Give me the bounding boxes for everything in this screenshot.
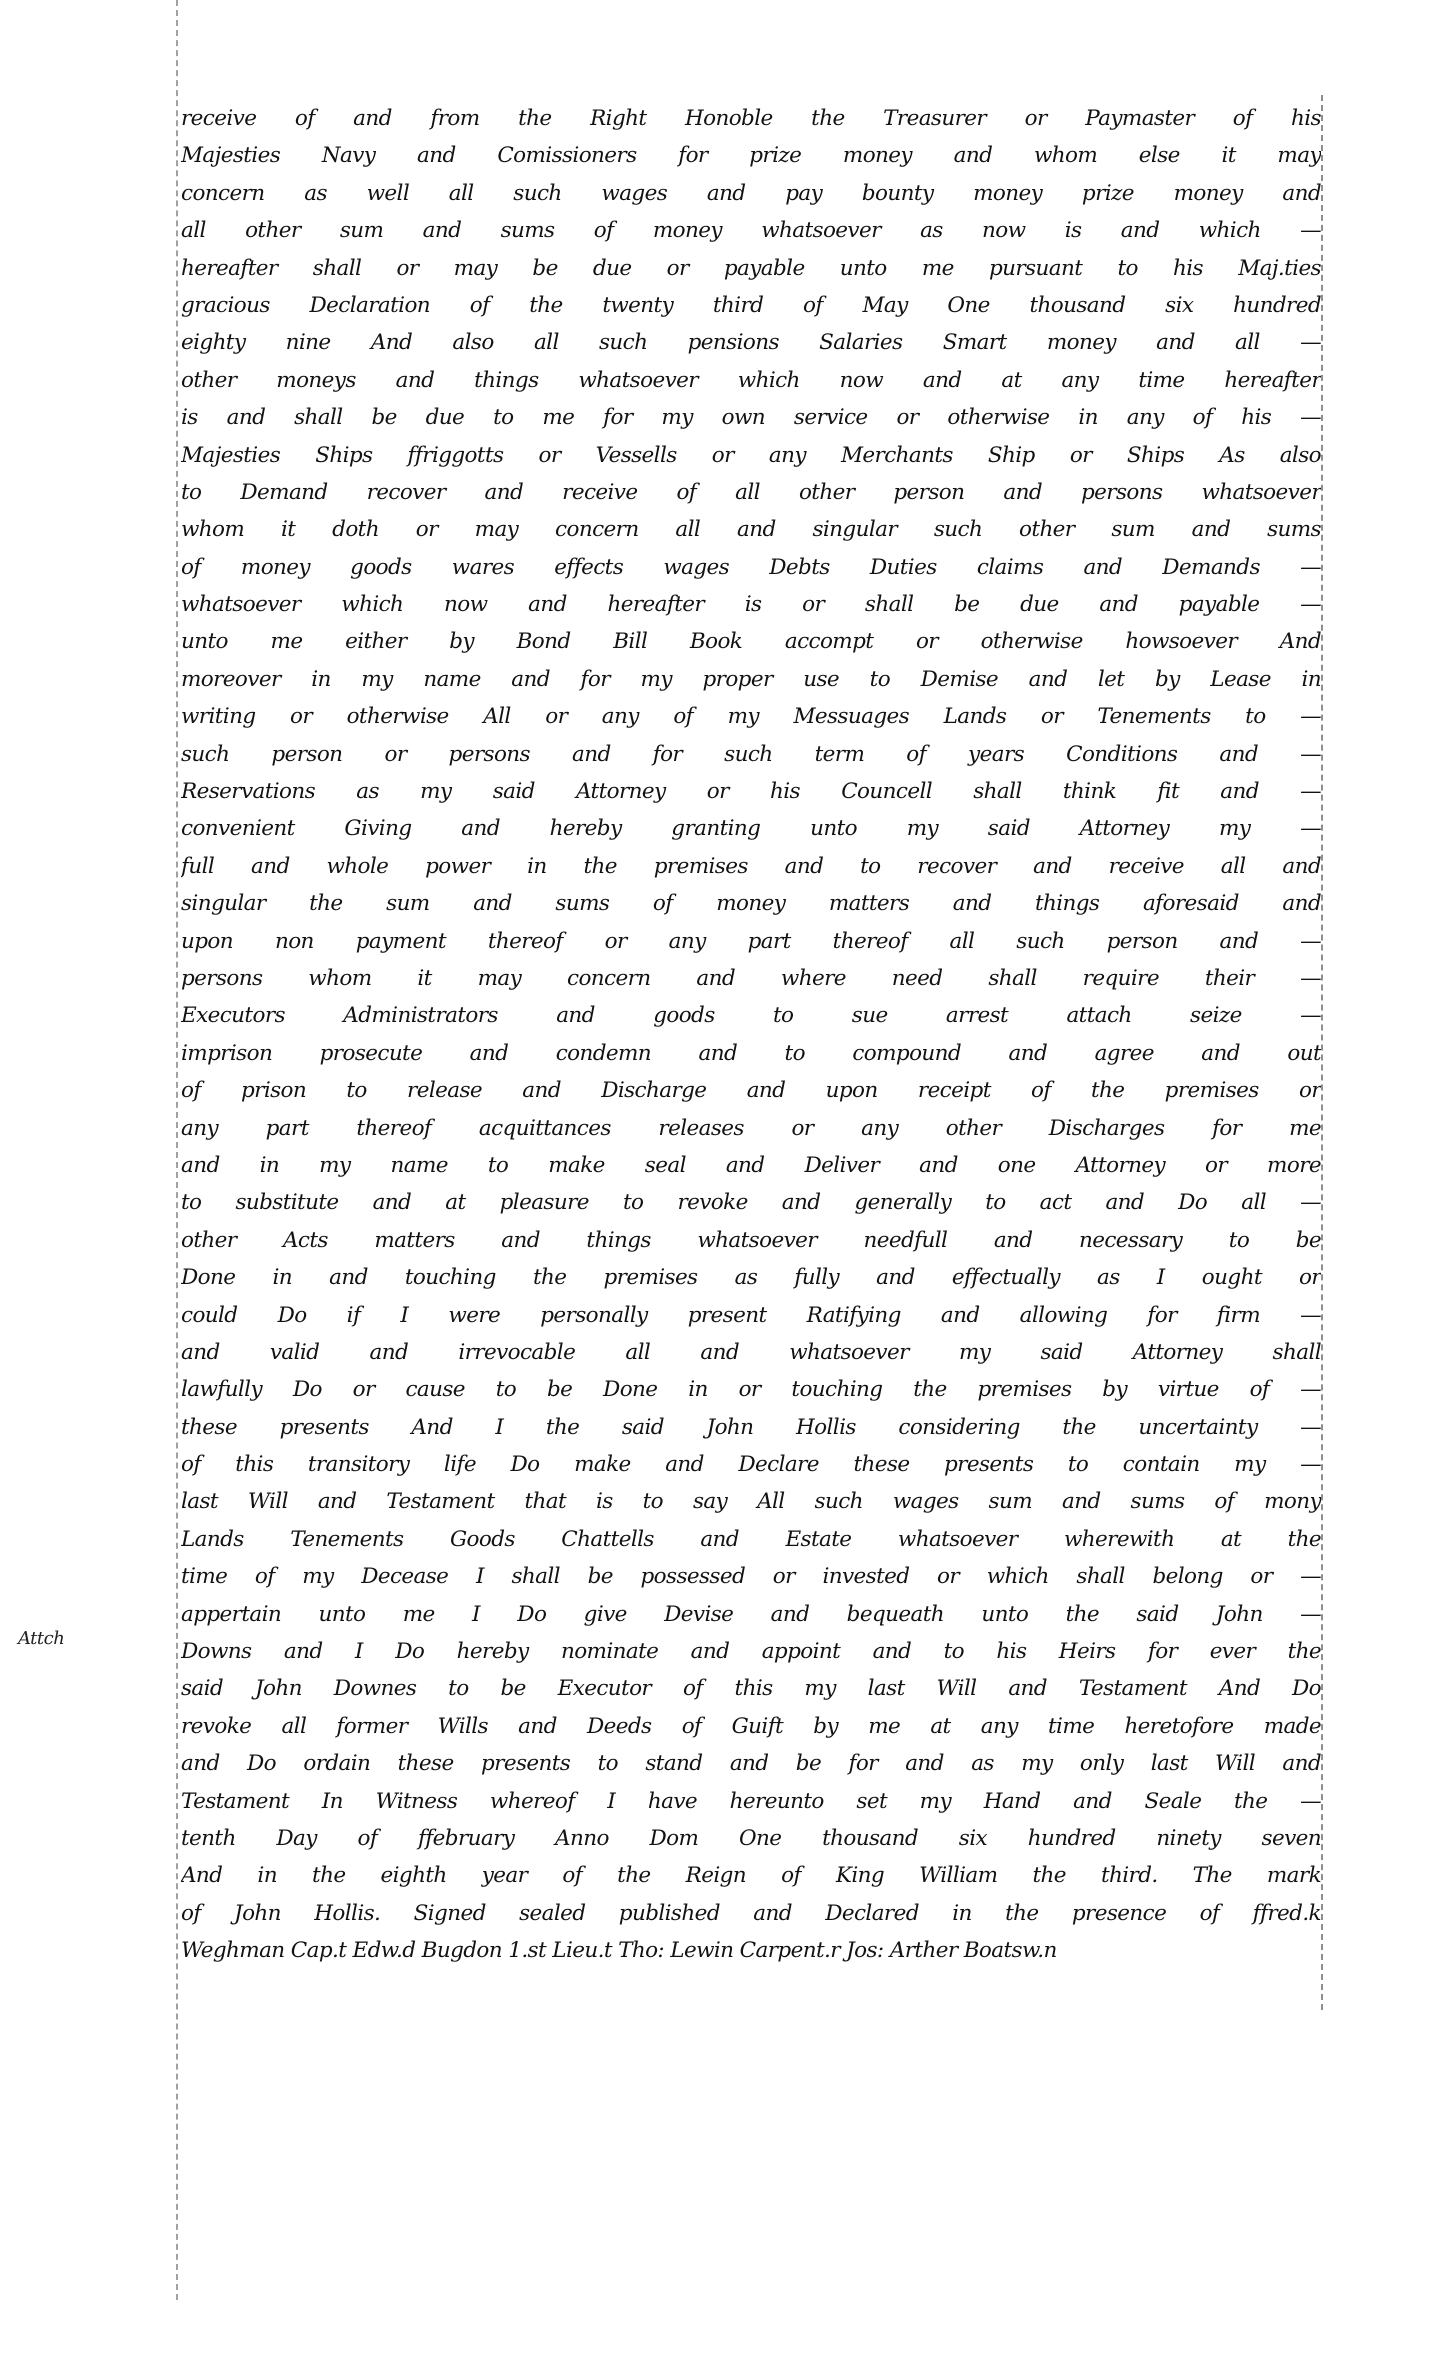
text-line: other Acts matters and things whatsoever… [181, 1222, 1321, 1259]
text-line: of this transitory life Do make and Decl… [181, 1446, 1321, 1483]
text-line: unto me either by Bond Bill Book accompt… [181, 623, 1321, 660]
text-line: any part thereof acquittances releases o… [181, 1110, 1321, 1147]
text-line: Lands Tenements Goods Chattells and Esta… [181, 1521, 1321, 1558]
text-line: revoke all former Wills and Deeds of Gui… [181, 1708, 1321, 1745]
text-line: upon non payment thereof or any part the… [181, 923, 1321, 960]
text-line: Downs and I Do hereby nominate and appoi… [181, 1633, 1321, 1670]
margin-annotation: Attch [18, 1628, 64, 1649]
text-line: last Will and Testament that is to say A… [181, 1483, 1321, 1520]
text-line: could Do if I were personally present Ra… [181, 1297, 1321, 1334]
right-margin-rule [1321, 95, 1323, 2010]
text-line: convenient Giving and hereby granting un… [181, 810, 1321, 847]
text-line: and Do ordain these presents to stand an… [181, 1745, 1321, 1782]
text-line: and in my name to make seal and Deliver … [181, 1147, 1321, 1184]
left-margin-rule [176, 0, 178, 2300]
text-line: these presents And I the said John Holli… [181, 1409, 1321, 1446]
text-line: writing or otherwise All or any of my Me… [181, 698, 1321, 735]
text-line: Done in and touching the premises as ful… [181, 1259, 1321, 1296]
text-line: eighty nine And also all such pensions S… [181, 324, 1321, 361]
text-line: to Demand recover and receive of all oth… [181, 474, 1321, 511]
text-line: whatsoever which now and hereafter is or… [181, 586, 1321, 623]
manuscript-text-block: receive of and from the Right Honoble th… [181, 100, 1321, 1970]
text-line: time of my Decease I shall be possessed … [181, 1558, 1321, 1595]
text-line: whom it doth or may concern all and sing… [181, 511, 1321, 548]
text-line: lawfully Do or cause to be Done in or to… [181, 1371, 1321, 1408]
text-line: persons whom it may concern and where ne… [181, 960, 1321, 997]
text-line: Executors Administrators and goods to su… [181, 997, 1321, 1034]
text-line: singular the sum and sums of money matte… [181, 885, 1321, 922]
text-line: of John Hollis. Signed sealed published … [181, 1895, 1321, 1932]
text-line: and valid and irrevocable all and whatso… [181, 1334, 1321, 1371]
text-line: to substitute and at pleasure to revoke … [181, 1184, 1321, 1221]
text-line: Majesties Navy and Comissioners for priz… [181, 137, 1321, 174]
signature-witness-line: Weghman Cap.t Edw.d Bugdon 1.st Lieu.t T… [181, 1932, 1321, 1969]
text-line: And in the eighth year of the Reign of K… [181, 1857, 1321, 1894]
text-line: of prison to release and Discharge and u… [181, 1072, 1321, 1109]
text-line: Reservations as my said Attorney or his … [181, 773, 1321, 810]
text-line: receive of and from the Right Honoble th… [181, 100, 1321, 137]
text-line: of money goods wares effects wages Debts… [181, 549, 1321, 586]
text-line: such person or persons and for such term… [181, 736, 1321, 773]
text-line: is and shall be due to me for my own ser… [181, 399, 1321, 436]
text-line: all other sum and sums of money whatsoev… [181, 212, 1321, 249]
document-page: Attch receive of and from the Right Hono… [0, 0, 1450, 2360]
text-line: tenth Day of ffebruary Anno Dom One thou… [181, 1820, 1321, 1857]
text-line: moreover in my name and for my proper us… [181, 661, 1321, 698]
text-line: full and whole power in the premises and… [181, 848, 1321, 885]
text-line: appertain unto me I Do give Devise and b… [181, 1596, 1321, 1633]
text-line: imprison prosecute and condemn and to co… [181, 1035, 1321, 1072]
text-line: said John Downes to be Executor of this … [181, 1670, 1321, 1707]
text-line: hereafter shall or may be due or payable… [181, 250, 1321, 287]
text-line: Majesties Ships ffriggotts or Vessells o… [181, 437, 1321, 474]
text-line: gracious Declaration of the twenty third… [181, 287, 1321, 324]
text-line: concern as well all such wages and pay b… [181, 175, 1321, 212]
text-line: other moneys and things whatsoever which… [181, 362, 1321, 399]
text-line: Testament In Witness whereof I have here… [181, 1783, 1321, 1820]
